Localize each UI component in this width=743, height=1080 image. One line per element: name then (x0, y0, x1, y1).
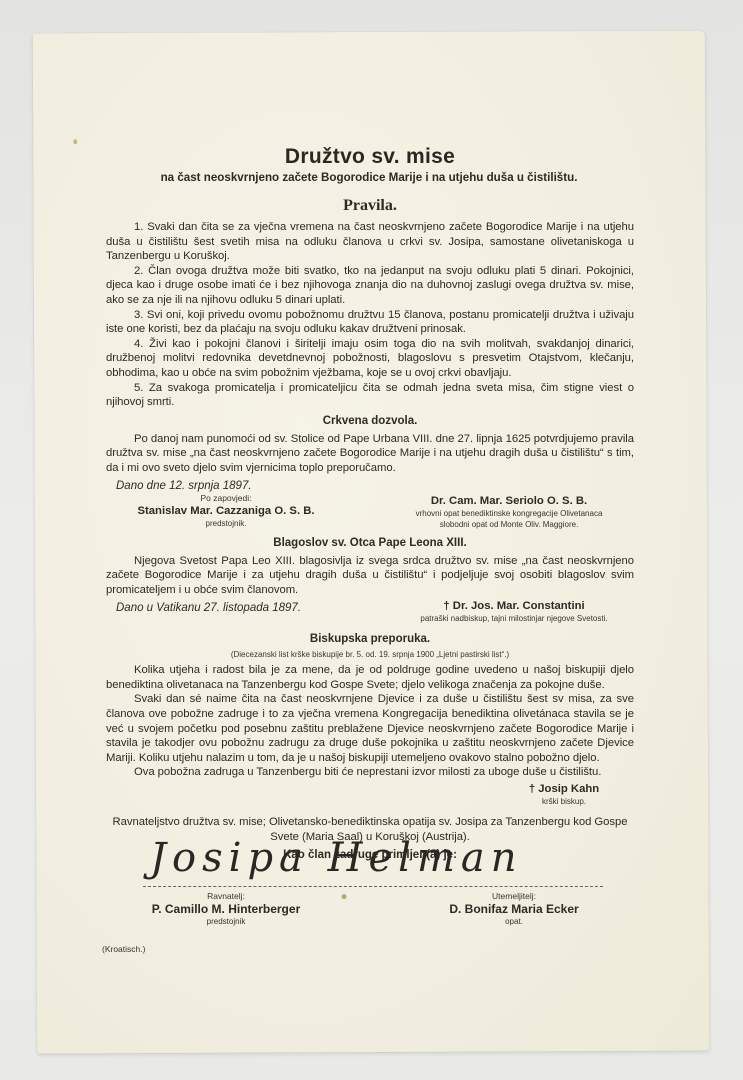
church-permission-signatures: Dano dne 12. srpnja 1897. Po zapovjedi: … (106, 480, 634, 530)
rule-item: 2. Član ovoga družtva može biti svatko, … (106, 264, 634, 308)
signer-role: krški biskup. (494, 796, 634, 807)
signer-name: Dr. Cam. Mar. Seriolo O. S. B. (384, 494, 634, 508)
founder-block: Utemeljitelj: D. Bonifaz Maria Ecker opa… (394, 890, 634, 927)
left-signature-block: Dano dne 12. srpnja 1897. Po zapovjedi: … (106, 480, 346, 529)
signer-role: vrhovni opat benediktinske kongregacije … (384, 508, 634, 519)
papal-blessing-heading: Blagoslov sv. Otca Pape Leona XIII. (106, 536, 634, 551)
signer-role: slobodni opat od Monte Oliv. Maggiore. (384, 519, 634, 530)
signer-role: patraški nadbiskup, tajni milostinjar nj… (394, 613, 634, 624)
rule-item: 5. Za svakoga promicatelja i promicatelj… (106, 381, 634, 410)
signer-name: † Dr. Jos. Mar. Constantini (394, 599, 634, 613)
director-block: Ravnatelj: P. Camillo M. Hinterberger pr… (106, 890, 346, 927)
recommendation-paragraph: Svaki dan sé naime čita na čast neoskvrn… (106, 692, 634, 765)
founder-label: Utemeljitelj: (394, 890, 634, 902)
director-name: P. Camillo M. Hinterberger (106, 902, 346, 916)
rule-item: 3. Svi oni, koji privedu ovomu pobožnomu… (106, 308, 634, 337)
papal-blessing-text: Njegova Svetost Papa Leo XIII. blagosivl… (106, 554, 634, 598)
bishop-recommendation-heading: Biskupska preporuka. (106, 632, 634, 647)
rules-heading: Pravila. (106, 196, 634, 216)
recommendation-paragraph: Kolika utjeha i radost bila je za mene, … (106, 663, 634, 692)
rule-item: 1. Svaki dan čita se za vječna vremena n… (106, 220, 634, 264)
permission-date: Dano dne 12. srpnja 1897. (106, 480, 346, 492)
founder-role: opat. (394, 916, 634, 927)
document-title: Družtvo sv. mise (106, 144, 634, 170)
document-subtitle: na čast neoskvrnjeno začete Bogorodice M… (104, 170, 634, 186)
recommendation-paragraph: Ova pobožna zadruga u Tanzenbergu biti ć… (106, 765, 634, 780)
rule-item: 4. Živi kao i pokojni članovi i širitelj… (106, 337, 634, 381)
director-role: predstojnik (106, 916, 346, 927)
diocesan-note: (Diecezanski list krške biskupije br. 5.… (106, 650, 634, 659)
bishop-signer-block: † Josip Kahn krški biskup. (494, 782, 634, 807)
blessing-signer-block: † Dr. Jos. Mar. Constantini patraški nad… (394, 599, 634, 624)
language-note: (Kroatisch.) (102, 944, 145, 954)
signer-role: predstojnik. (106, 518, 346, 529)
signature-line (143, 886, 603, 887)
right-signature-block: Dr. Cam. Mar. Seriolo O. S. B. vrhovni o… (384, 480, 634, 530)
by-order-label: Po zapovjedi: (106, 492, 346, 504)
footer-signatures: Ravnatelj: P. Camillo M. Hinterberger pr… (106, 890, 634, 927)
church-permission-text: Po danoj nam punomoći od sv. Stolice od … (106, 432, 634, 476)
papal-blessing-signature: Dano u Vatikanu 27. listopada 1897. † Dr… (106, 599, 634, 624)
paper-stain (73, 139, 77, 144)
document-content: Družtvo sv. mise na čast neoskvrnjeno za… (106, 144, 634, 866)
signer-name: † Josip Kahn (494, 782, 634, 796)
director-label: Ravnatelj: (106, 890, 346, 902)
founder-name: D. Bonifaz Maria Ecker (394, 902, 634, 916)
church-permission-heading: Crkvena dozvola. (106, 414, 634, 429)
bishop-signature: † Josip Kahn krški biskup. (106, 782, 634, 807)
blessing-date: Dano u Vatikanu 27. listopada 1897. (106, 599, 301, 614)
signer-name: Stanislav Mar. Cazzaniga O. S. B. (106, 504, 346, 518)
